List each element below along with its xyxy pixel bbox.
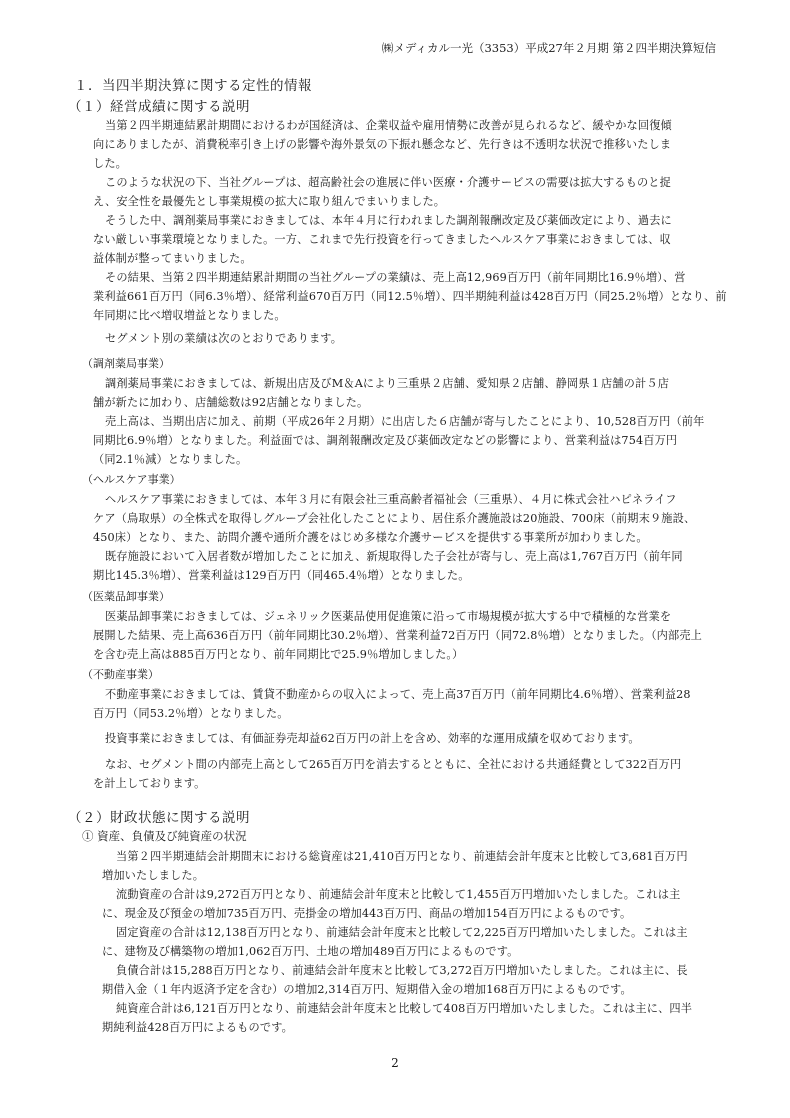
paragraph-line: このような状況の下、当社グループは、超高齢社会の進展に伴い医療・介護サービスの需… bbox=[105, 174, 671, 190]
paragraph-line: 展開した結果、売上高636百万円（前年同期比30.2％増）、営業利益72百万円（… bbox=[93, 627, 702, 643]
paragraph-line: （同2.1％減）となりました。 bbox=[93, 451, 247, 467]
paragraph-line: 調剤薬局事業におきましては、新規出店及びM＆Aにより三重県２店舗、愛知県２店舗、… bbox=[105, 375, 669, 391]
paragraph-line: セグメント別の業績は次のとおりであります。 bbox=[105, 330, 342, 346]
paragraph-line: 流動資産の合計は9,272百万円となり、前連結会計年度末と比較して1,455百万… bbox=[116, 886, 680, 902]
paragraph-line: を含む売上高は885百万円となり、前年同期比で25.9％増加しました。） bbox=[93, 646, 464, 662]
paragraph-line: 業利益661百万円（同6.3％増）、経常利益670百万円（同12.5％増）、四半… bbox=[93, 288, 727, 304]
paragraph-line: その結果、当第２四半期連結累計期間の当社グループの業績は、売上高12,969百万… bbox=[105, 269, 686, 285]
paragraph-line: 固定資産の合計は12,138百万円となり、前連結会計年度末と比較して2,225百… bbox=[116, 924, 688, 940]
paragraph-line: そうした中、調剤薬局事業におきましては、本年４月に行われました調剤報酬改定及び薬… bbox=[105, 212, 672, 228]
paragraph-line: 450床）となり、また、訪問介護や通所介護をはじめ多様な介護サービスを提供する事… bbox=[93, 529, 648, 545]
segment-title-real-estate: （不動産事業） bbox=[82, 666, 159, 682]
paragraph-line: を計上しております。 bbox=[93, 775, 205, 791]
paragraph-line: した。 bbox=[93, 155, 127, 171]
subsection-title-results: （１）経営成績に関する説明 bbox=[68, 95, 250, 115]
document-page: ㈱メディカル一光（3353）平成27年２月期 第２四半期決算短信 １．当四半期決… bbox=[0, 0, 790, 1118]
page-number: 2 bbox=[0, 1056, 790, 1070]
segment-title-healthcare: （ヘルスケア事業） bbox=[82, 471, 181, 487]
paragraph-line-investment: 投資事業におきましては、有価証券売却益62百万円の計上を含め、効率的な運用成績を… bbox=[105, 730, 640, 746]
paragraph-line: に、建物及び構築物の増加1,062百万円、土地の増加489百万円によるものです。 bbox=[102, 943, 519, 959]
paragraph-line: 年同期に比べ増収増益となりました。 bbox=[93, 307, 286, 323]
paragraph-line: ない厳しい事業環境となりました。一方、これまで先行投資を行ってきましたヘルスケア… bbox=[93, 231, 671, 247]
paragraph-line: 舗が新たに加わり、店舗総数は92店舗となりました。 bbox=[93, 394, 368, 410]
segment-title-wholesale: （医薬品卸事業） bbox=[82, 588, 170, 604]
paragraph-line: 純資産合計は6,121百万円となり、前連結会計年度末と比較して408百万円増加い… bbox=[116, 1000, 692, 1016]
paragraph-line: 既存施設において入居者数が増加したことに加え、新規取得した子会社が寄与し、売上高… bbox=[105, 548, 683, 564]
paragraph-line: 増加いたしました。 bbox=[102, 867, 204, 883]
paragraph-line: 期純利益428百万円によるものです。 bbox=[102, 1019, 293, 1035]
paragraph-line: 同期比6.9％増）となりました。利益面では、調剤報酬改定及び薬価改定などの影響に… bbox=[93, 432, 677, 448]
paragraph-line: 期比145.3％増）、営業利益は129百万円（同465.4％増）となりました。 bbox=[93, 567, 470, 583]
document-header: ㈱メディカル一光（3353）平成27年２月期 第２四半期決算短信 bbox=[0, 40, 716, 56]
paragraph-line: ケア（鳥取県）の全株式を取得しグループ会社化したことにより、居住系介護施設は20… bbox=[93, 510, 695, 526]
paragraph-line: 当第２四半期連結会計期間末における総資産は21,410百万円となり、前連結会計年… bbox=[116, 848, 688, 864]
paragraph-line: に、現金及び預金の増加735百万円、売掛金の増加443百万円、商品の増加154百… bbox=[102, 905, 631, 921]
paragraph-line: え、安全性を最優先とし事業規模の拡大に取り組んでまいりました。 bbox=[93, 193, 445, 209]
paragraph-line: 売上高は、当期出店に加え、前期（平成26年２月期）に出店した６店舗が寄与したこと… bbox=[105, 413, 704, 429]
paragraph-line: なお、セグメント間の内部売上高として265百万円を消去するとともに、全社における… bbox=[105, 756, 681, 772]
paragraph-line: 向にありましたが、消費税率引き上げの影響や海外景気の下振れ懸念など、先行きは不透… bbox=[93, 136, 671, 152]
subsection-title-financial-position: （２）財政状態に関する説明 bbox=[68, 806, 250, 826]
paragraph-line: 益体制が整ってまいりました。 bbox=[93, 250, 252, 266]
segment-title-pharmacy: （調剤薬局事業） bbox=[82, 355, 170, 371]
item-title-assets-liabilities: ① 資産、負債及び純資産の状況 bbox=[82, 828, 247, 844]
paragraph-line: 医薬品卸事業におきましては、ジェネリック医薬品使用促進策に沿って市場規模が拡大す… bbox=[105, 608, 671, 624]
paragraph-line: 百万円（同53.2％増）となりました。 bbox=[93, 705, 289, 721]
section-title: １．当四半期決算に関する定性的情報 bbox=[74, 74, 312, 94]
paragraph-line: 期借入金（１年内返済予定を含む）の増加2,314百万円、短期借入金の増加168百… bbox=[102, 981, 632, 997]
paragraph-line: 当第２四半期連結累計期間におけるわが国経済は、企業収益や雇用情勢に改善が見られる… bbox=[105, 117, 672, 133]
paragraph-line: ヘルスケア事業におきましては、本年３月に有限会社三重高齢者福祉会（三重県）、４月… bbox=[105, 491, 677, 507]
paragraph-line: 負債合計は15,288百万円となり、前連結会計年度末と比較して3,272百万円増… bbox=[116, 962, 688, 978]
paragraph-line: 不動産事業におきましては、賃貸不動産からの収入によって、売上高37百万円（前年同… bbox=[105, 686, 691, 702]
